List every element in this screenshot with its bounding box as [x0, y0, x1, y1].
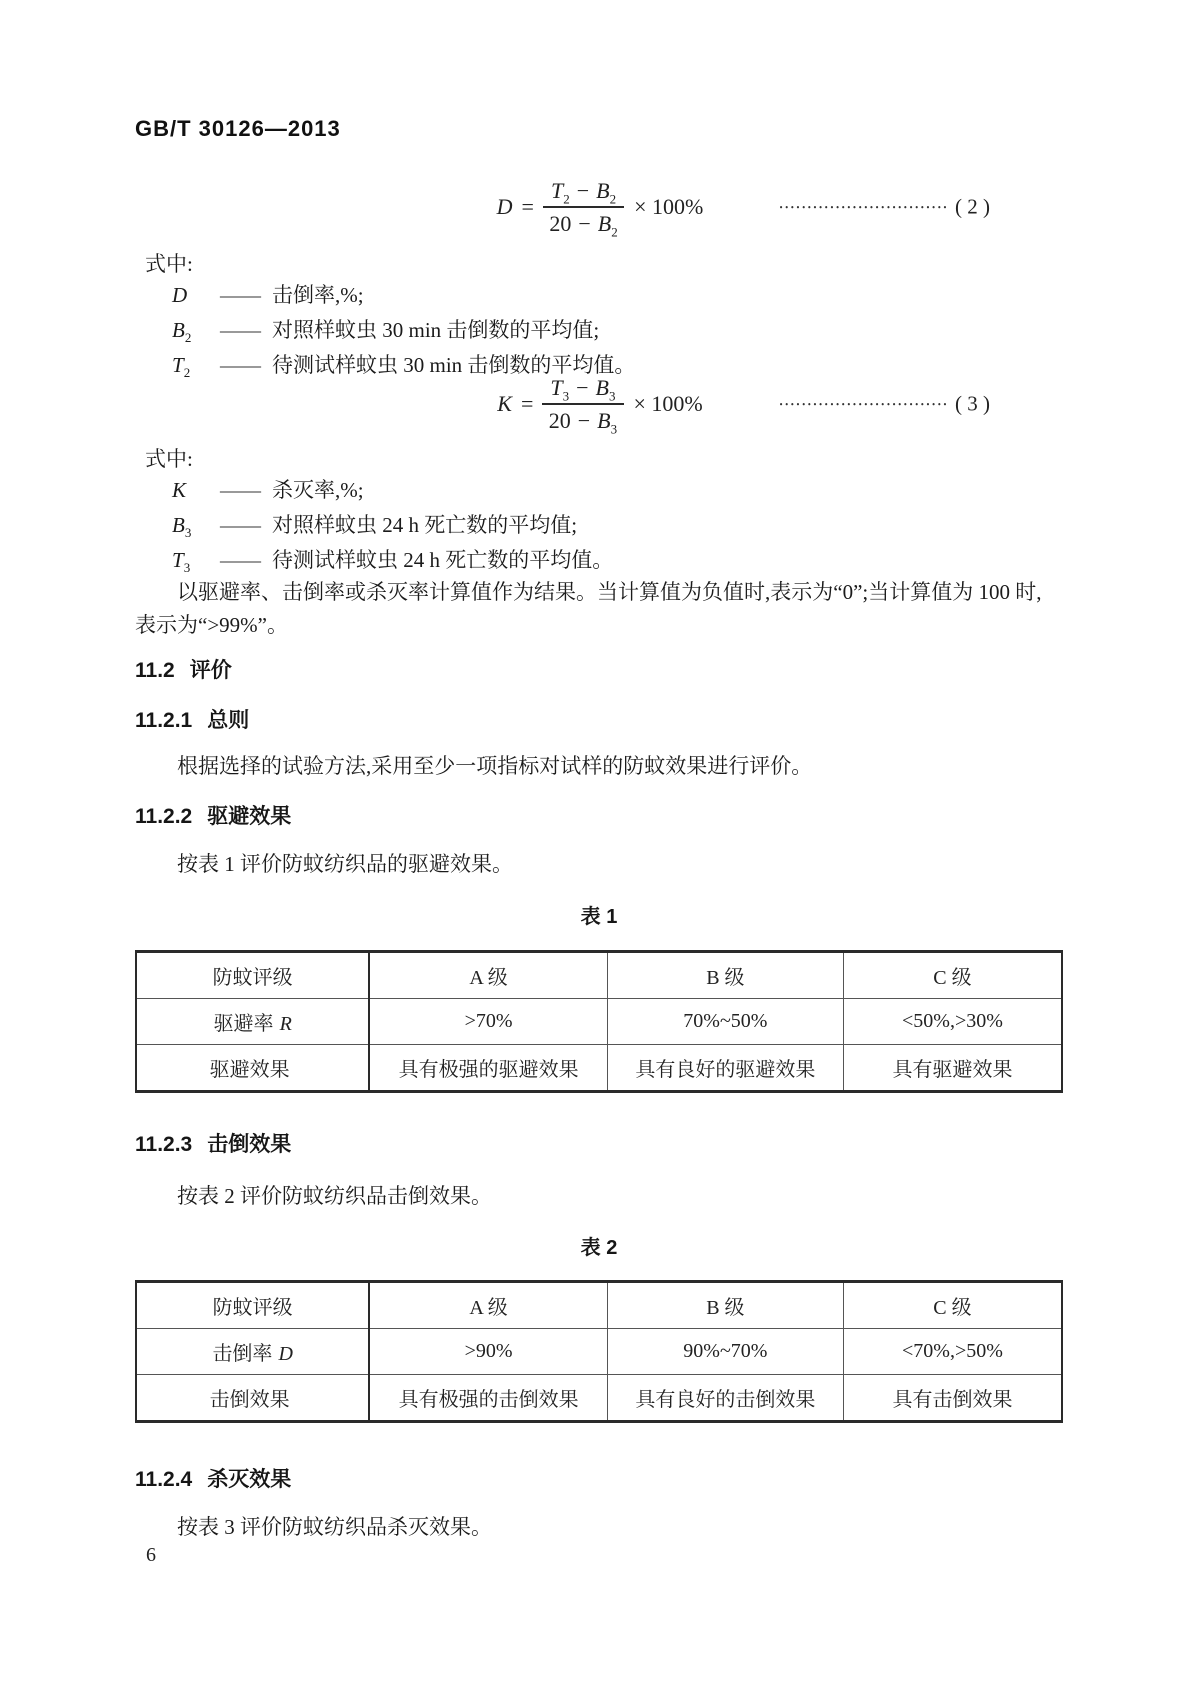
table-cell: <70%,>50%	[843, 1329, 1062, 1375]
var-letter: D	[172, 283, 187, 307]
table1-intro-paragraph: 按表 1 评价防蚊纺织品的驱避效果。	[135, 848, 1065, 881]
fraction-denominator: 20−B3	[542, 405, 623, 435]
var-letter: B	[172, 318, 185, 342]
table-header-cell: A 级	[369, 952, 607, 999]
def-text: 待测试样蚊虫 24 h 死亡数的平均值。	[272, 543, 613, 578]
definition-row: B2 —— 对照样蚊虫 30 min 击倒数的平均值;	[172, 313, 972, 348]
minus-sign: −	[577, 178, 589, 203]
document-page: GB/T 30126—2013 D = T2−B2 20−B2 × 100% •…	[0, 0, 1200, 1696]
def-dash: ——	[220, 313, 260, 348]
row-head-label: 击倒率	[212, 1343, 272, 1365]
paragraph-line: 表示为“>99%”。	[135, 609, 1065, 642]
table-cell: 70%~50%	[607, 999, 843, 1045]
formula-kill-rate: K = T3−B3 20−B3 × 100%	[0, 368, 1200, 440]
row-head-cell: 击倒率D	[136, 1329, 369, 1375]
table-cell: 具有驱避效果	[843, 1045, 1062, 1092]
section-heading-11-2-3: 11.2.3击倒效果	[135, 1128, 291, 1158]
dotted-leader: ••••••••••••••••••••••••••••••	[779, 399, 949, 409]
def-text: 杀灭率,%;	[272, 473, 364, 508]
definition-row: T3 —— 待测试样蚊虫 24 h 死亡数的平均值。	[172, 543, 972, 578]
row-head-label: 驱避率	[214, 1013, 274, 1035]
minus-sign: −	[576, 375, 588, 400]
row-head-var: R	[280, 1013, 292, 1035]
row-head-cell: 击倒效果	[136, 1375, 369, 1422]
heading-title: 击倒效果	[207, 1133, 291, 1156]
table-cell: >70%	[369, 999, 607, 1045]
def-text: 对照样蚊虫 30 min 击倒数的平均值;	[272, 313, 599, 348]
times-100-percent: × 100%	[634, 194, 703, 220]
equals-sign: =	[521, 391, 533, 417]
heading-title: 杀灭效果	[207, 1468, 291, 1491]
equation-reference: •••••••••••••••••••••••••••••• ( 2 )	[779, 195, 990, 220]
table-2-knockdown: 防蚊评级 A 级 B 级 C 级 击倒率D >90% 90%~70% <70%,…	[135, 1280, 1063, 1423]
var-sub: 3	[184, 560, 191, 575]
where-label: 式中:	[145, 443, 193, 473]
table-cell: 具有良好的驱避效果	[607, 1045, 843, 1092]
minus-sign: −	[578, 408, 590, 433]
table-header-cell: A 级	[369, 1282, 607, 1329]
table-header-row: 防蚊评级 A 级 B 级 C 级	[136, 952, 1062, 999]
def-dash: ——	[220, 508, 260, 543]
def-variable: B2	[172, 313, 220, 348]
var-letter: B	[172, 513, 185, 537]
section-heading-11-2-1: 11.2.1总则	[135, 704, 249, 734]
heading-number: 11.2.4	[135, 1468, 192, 1491]
equation-number: ( 2 )	[955, 195, 990, 220]
fraction-denominator: 20−B2	[543, 208, 624, 238]
fraction-numerator: T3−B3	[542, 374, 623, 406]
heading-title: 总则	[207, 709, 249, 732]
definition-row: K —— 杀灭率,%;	[172, 473, 972, 508]
equation-3: K = T3−B3 20−B3 × 100% •••••••••••••••••…	[0, 368, 1200, 440]
fraction: T3−B3 20−B3	[542, 374, 623, 435]
table-cell: >90%	[369, 1329, 607, 1375]
heading-number: 11.2.3	[135, 1133, 192, 1156]
denominator-const: 20	[549, 408, 571, 433]
table2-caption: 表 2	[135, 1231, 1063, 1260]
table2-intro-paragraph: 按表 2 评价防蚊纺织品击倒效果。	[135, 1180, 1065, 1213]
def-text: 对照样蚊虫 24 h 死亡数的平均值;	[272, 508, 577, 543]
numerator-sub-2: 2	[610, 191, 617, 206]
table-row: 驱避效果 具有极强的驱避效果 具有良好的驱避效果 具有驱避效果	[136, 1045, 1062, 1092]
section-heading-11-2-2: 11.2.2驱避效果	[135, 800, 291, 830]
def-text: 击倒率,%;	[272, 278, 364, 313]
def-dash: ——	[220, 543, 260, 578]
definition-list: K —— 杀灭率,%; B3 —— 对照样蚊虫 24 h 死亡数的平均值; T3…	[172, 473, 972, 578]
formula-lhs-var: K	[497, 391, 512, 417]
table-cell: 具有击倒效果	[843, 1375, 1062, 1422]
denominator-sub: 3	[611, 421, 618, 436]
row-head-cell: 驱避效果	[136, 1045, 369, 1092]
table-row: 击倒率D >90% 90%~70% <70%,>50%	[136, 1329, 1062, 1375]
numerator-var-1: T	[551, 178, 563, 203]
heading-number: 11.2.2	[135, 805, 192, 828]
def-dash: ——	[220, 473, 260, 508]
table-row: 驱避率R >70% 70%~50% <50%,>30%	[136, 999, 1062, 1045]
paragraph-line: 以驱避率、击倒率或杀灭率计算值作为结果。当计算值为负值时,表示为“0”;当计算值…	[135, 576, 1065, 609]
heading-number: 11.2	[135, 659, 175, 682]
def-variable: B3	[172, 508, 220, 543]
result-note-paragraph: 以驱避率、击倒率或杀灭率计算值作为结果。当计算值为负值时,表示为“0”;当计算值…	[135, 576, 1065, 642]
row-head-cell: 驱避率R	[136, 999, 369, 1045]
table-1-repellency: 防蚊评级 A 级 B 级 C 级 驱避率R >70% 70%~50% <50%,…	[135, 950, 1063, 1093]
table-header-cell: 防蚊评级	[136, 952, 369, 999]
where-label: 式中:	[145, 248, 193, 278]
table-cell: <50%,>30%	[843, 999, 1062, 1045]
table-header-cell: B 级	[607, 1282, 843, 1329]
denominator-var: B	[597, 408, 610, 433]
def-dash: ——	[220, 278, 260, 313]
fraction-numerator: T2−B2	[543, 177, 624, 209]
standard-number-header: GB/T 30126—2013	[135, 116, 341, 142]
general-paragraph: 根据选择的试验方法,采用至少一项指标对试样的防蚊效果进行评价。	[135, 750, 1065, 783]
denominator-sub: 2	[611, 224, 618, 239]
section-heading-11-2: 11.2评价	[135, 654, 232, 684]
var-sub: 2	[185, 330, 192, 345]
fraction: T2−B2 20−B2	[543, 177, 624, 238]
equals-sign: =	[522, 194, 534, 220]
numerator-sub-1: 2	[563, 191, 570, 206]
table1-caption: 表 1	[135, 900, 1063, 929]
definition-row: D —— 击倒率,%;	[172, 278, 972, 313]
denominator-const: 20	[549, 211, 571, 236]
heading-number: 11.2.1	[135, 709, 192, 732]
def-variable: K	[172, 473, 220, 508]
equation-reference: •••••••••••••••••••••••••••••• ( 3 )	[779, 392, 990, 417]
row-head-label: 击倒效果	[210, 1389, 290, 1411]
row-head-label: 驱避效果	[210, 1059, 290, 1081]
dotted-leader: ••••••••••••••••••••••••••••••	[779, 202, 949, 212]
denominator-var: B	[598, 211, 611, 236]
numerator-var-2: B	[596, 375, 609, 400]
equation-number: ( 3 )	[955, 392, 990, 417]
definition-row: B3 —— 对照样蚊虫 24 h 死亡数的平均值;	[172, 508, 972, 543]
table-cell: 具有极强的驱避效果	[369, 1045, 607, 1092]
table-header-cell: C 级	[843, 952, 1062, 999]
def-variable: D	[172, 278, 220, 313]
formula-knockdown-rate: D = T2−B2 20−B2 × 100%	[0, 171, 1200, 243]
page-number: 6	[146, 1544, 156, 1567]
heading-title: 驱避效果	[207, 805, 291, 828]
table-cell: 具有良好的击倒效果	[607, 1375, 843, 1422]
var-letter: K	[172, 478, 186, 502]
numerator-var-1: T	[550, 375, 562, 400]
times-100-percent: × 100%	[634, 391, 703, 417]
formula-lhs-var: D	[497, 194, 513, 220]
equation-2: D = T2−B2 20−B2 × 100% •••••••••••••••••…	[0, 171, 1200, 243]
numerator-var-2: B	[596, 178, 609, 203]
numerator-sub-1: 3	[563, 388, 570, 403]
def-variable: T3	[172, 543, 220, 578]
table-header-cell: 防蚊评级	[136, 1282, 369, 1329]
numerator-sub-2: 3	[609, 388, 616, 403]
minus-sign: −	[578, 211, 590, 236]
row-head-var: D	[278, 1343, 292, 1365]
table-header-cell: B 级	[607, 952, 843, 999]
section-heading-11-2-4: 11.2.4杀灭效果	[135, 1463, 291, 1493]
var-letter: T	[172, 548, 184, 572]
table-header-cell: C 级	[843, 1282, 1062, 1329]
table-cell: 90%~70%	[607, 1329, 843, 1375]
table-header-row: 防蚊评级 A 级 B 级 C 级	[136, 1282, 1062, 1329]
table-row: 击倒效果 具有极强的击倒效果 具有良好的击倒效果 具有击倒效果	[136, 1375, 1062, 1422]
table-cell: 具有极强的击倒效果	[369, 1375, 607, 1422]
table3-intro-paragraph: 按表 3 评价防蚊纺织品杀灭效果。	[135, 1511, 1065, 1544]
var-sub: 3	[185, 525, 192, 540]
heading-title: 评价	[190, 659, 232, 682]
